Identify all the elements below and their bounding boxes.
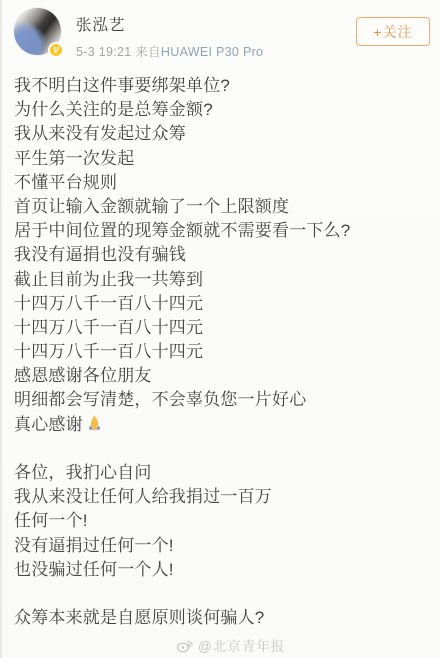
post-text-line: 截止目前为止我一共筹到 [14, 268, 432, 292]
post-text-line: 我从来没让任何人给我捐过一百万 [14, 485, 432, 509]
watermark: @北京青年报 [176, 636, 285, 654]
source-prefix: 来自 [135, 45, 161, 59]
folded-hands-emoji-icon [85, 414, 104, 433]
post-text-line: 也没骗过任何一个人! [14, 558, 432, 582]
weibo-logo-icon [176, 638, 194, 653]
avatar[interactable]: V [14, 8, 61, 55]
post-text-line: 各位，我扪心自问 [14, 461, 432, 485]
post-text-line: 明细都会写清楚，不会辜负您一片好心 [14, 388, 432, 412]
post-text-line: 十四万八千一百八十四元 [14, 292, 432, 316]
post-text-line: 不懂平台规则 [14, 171, 432, 195]
watermark-text: @北京青年报 [198, 635, 285, 655]
post-text-line: 任何一个! [14, 509, 432, 533]
post-text-line: 我从来没有发起过众筹 [14, 122, 432, 146]
post-text-line: 十四万八千一百八十四元 [14, 316, 432, 340]
follow-button[interactable]: +关注 [356, 17, 430, 46]
source-link[interactable]: HUAWEI P30 Pro [161, 45, 263, 59]
post-text-line: 众筹本来就是自愿原则谈何骗人? [14, 606, 432, 630]
timestamp: 5-3 19:21 [76, 45, 132, 59]
post-header: V 张泓艺 5-3 19:21 来自HUAWEI P30 Pro +关注 [14, 8, 430, 62]
verified-badge-icon: V [48, 42, 64, 58]
post-text-line: 真心感谢 [14, 413, 432, 437]
post-text-line [14, 582, 432, 606]
post-text-line: 感恩感谢各位朋友 [14, 364, 432, 388]
post-text-line: 没有逼捐过任何一个! [14, 534, 432, 558]
post-text-line: 平生第一次发起 [14, 147, 432, 171]
post-text-line: 首页让输入金额就输了一个上限额度 [14, 195, 432, 219]
post-content: 我不明白这件事要绑架单位?为什么关注的是总筹金额?我从来没有发起过众筹平生第一次… [14, 74, 432, 630]
post-text-line: 十四万八千一百八十四元 [14, 340, 432, 364]
post-text-line: 居于中间位置的现筹金额就不需要看一下么? [14, 219, 432, 243]
post-text-line: 我没有逼捐也没有骗钱 [14, 243, 432, 267]
weibo-post: V 张泓艺 5-3 19:21 来自HUAWEI P30 Pro +关注 我不明… [0, 0, 440, 658]
post-text-line: 我不明白这件事要绑架单位? [14, 74, 432, 98]
post-text-line [14, 437, 432, 461]
post-text-line: 为什么关注的是总筹金额? [14, 98, 432, 122]
